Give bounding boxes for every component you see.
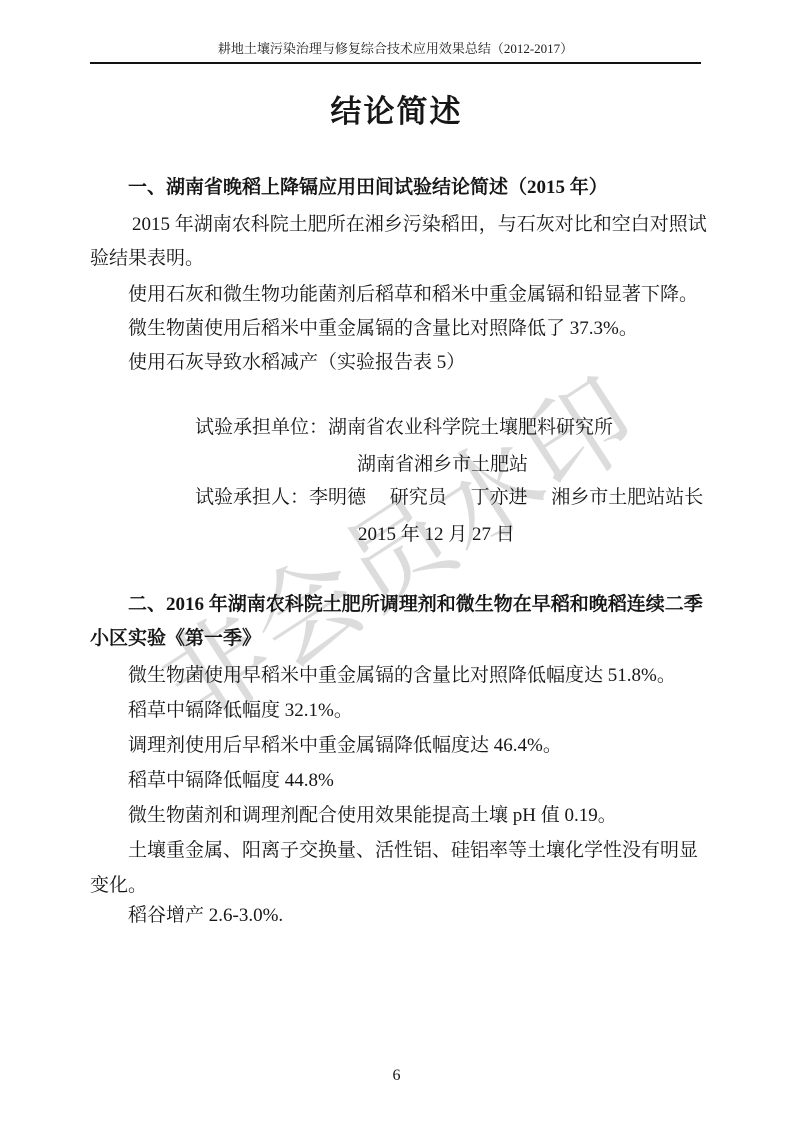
section2-point-5: 微生物菌剂和调理剂配合使用效果能提高土壤 pH 值 0.19。 [128, 798, 617, 833]
section2-point-2: 稻草中镉降低幅度 32.1%。 [128, 693, 353, 728]
section1-heading: 一、湖南省晚稻上降镉应用田间试验结论简述（2015 年） [128, 170, 608, 205]
credit-date-line: 2015 年 12 月 27 日 [358, 517, 515, 552]
page-number: 6 [0, 1066, 793, 1086]
section1-paragraph-line-2: 验结果表明。 [90, 241, 204, 276]
credit-person-line: 试验承担人：李明德 研究员 丁亦进 湘乡市土肥站站长 [195, 480, 703, 515]
section1-paragraph-line-1: 2015 年湖南农科院土肥所在湘乡污染稻田，与石灰对比和空白对照试 [132, 207, 707, 242]
page-header: 耕地土壤污染治理与修复综合技术应用效果总结（2012-2017） [90, 40, 701, 64]
section2-point-4: 稻草中镉降低幅度 44.8% [128, 763, 334, 798]
content-layer: 耕地土壤污染治理与修复综合技术应用效果总结（2012-2017） 结论简述 一、… [0, 0, 793, 1122]
document-page: 非会员水印 耕地土壤污染治理与修复综合技术应用效果总结（2012-2017） 结… [0, 0, 793, 1122]
section2-heading-line-1: 二、2016 年湖南农科院土肥所调理剂和微生物在早稻和晚稻连续二季 [128, 587, 703, 622]
document-title: 结论简述 [0, 93, 793, 131]
section2-point-6-line-1: 土壤重金属、阳离子交换量、活性铝、硅铝率等土壤化学性没有明显 [128, 833, 698, 868]
section1-point-1: 使用石灰和微生物功能菌剂后稻草和稻米中重金属镉和铅显著下降。 [128, 277, 698, 312]
credit-unit2-line: 湖南省湘乡市土肥站 [357, 447, 528, 482]
section2-heading-line-2: 小区实验《第一季》 [90, 621, 261, 656]
credit-unit-line: 试验承担单位：湖南省农业科学院土壤肥料研究所 [195, 410, 613, 445]
section2-point-7: 稻谷增产 2.6-3.0%. [128, 898, 283, 933]
section1-point-2: 微生物菌使用后稻米中重金属镉的含量比对照降低了 37.3%。 [128, 311, 638, 346]
section2-point-3: 调理剂使用后早稻米中重金属镉降低幅度达 46.4%。 [128, 728, 562, 763]
section1-point-3: 使用石灰导致水稻减产（实验报告表 5） [128, 345, 465, 380]
section2-point-1: 微生物菌使用早稻米中重金属镉的含量比对照降低幅度达 51.8%。 [128, 658, 676, 693]
